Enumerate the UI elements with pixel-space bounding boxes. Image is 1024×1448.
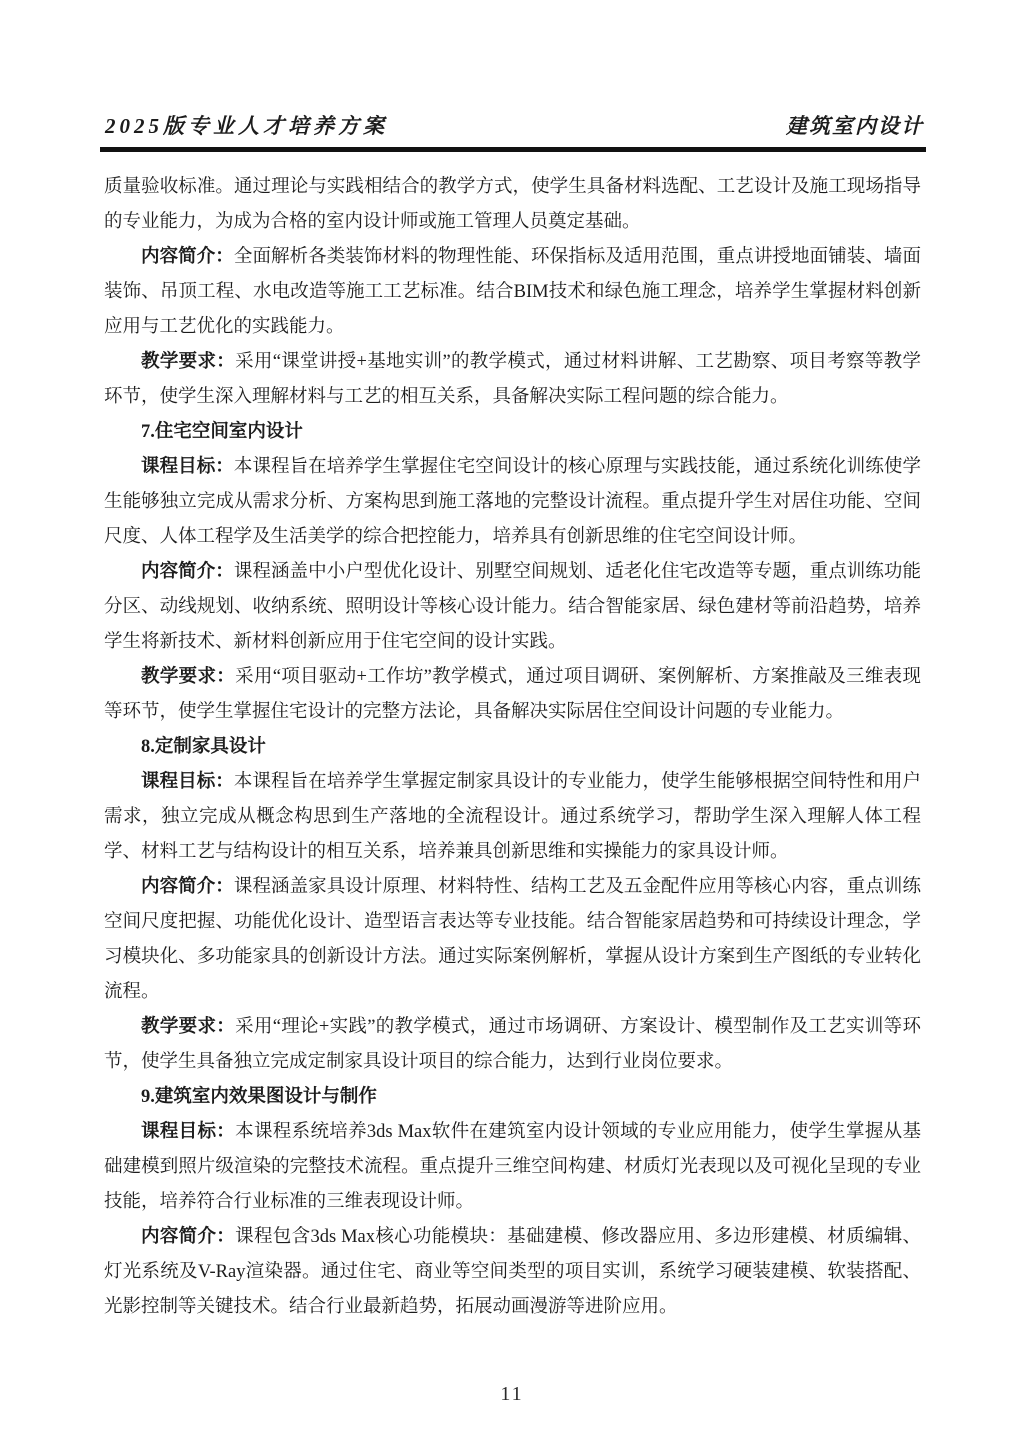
paragraph-label: 内容简介： xyxy=(141,562,234,582)
paragraph: 教学要求：采用“课堂讲授+基地实训”的教学模式，通过材料讲解、工艺勘察、项目考察… xyxy=(104,345,921,415)
section-heading: 8.定制家具设计 xyxy=(104,730,921,765)
paragraph-text: 质量验收标准。通过理论与实践相结合的教学方式，使学生具备材料选配、工艺设计及施工… xyxy=(104,177,921,232)
paragraph: 课程目标：本课程旨在培养学生掌握定制家具设计的专业能力，使学生能够根据空间特性和… xyxy=(104,765,921,870)
paragraph: 内容简介：课程包含3ds Max核心功能模块：基础建模、修改器应用、多边形建模、… xyxy=(104,1220,921,1325)
paragraph-label: 内容简介： xyxy=(141,1227,235,1247)
paragraph-label: 课程目标： xyxy=(141,772,234,792)
paragraph: 课程目标：本课程系统培养3ds Max软件在建筑室内设计领域的专业应用能力，使学… xyxy=(104,1115,921,1220)
section-heading: 9.建筑室内效果图设计与制作 xyxy=(104,1080,921,1115)
paragraph-label: 课程目标： xyxy=(141,1122,235,1142)
paragraph: 内容简介：课程涵盖中小户型优化设计、别墅空间规划、适老化住宅改造等专题，重点训练… xyxy=(104,555,921,660)
paragraph-label: 内容简介： xyxy=(141,877,234,897)
paragraph: 教学要求：采用“项目驱动+工作坊”教学模式，通过项目调研、案例解析、方案推敲及三… xyxy=(104,660,921,730)
paragraph: 质量验收标准。通过理论与实践相结合的教学方式，使学生具备材料选配、工艺设计及施工… xyxy=(104,170,921,240)
page-footer: 11 xyxy=(0,1383,1024,1406)
paragraph: 教学要求：采用“理论+实践”的教学模式，通过市场调研、方案设计、模型制作及工艺实… xyxy=(104,1010,921,1080)
header-right-title: 建筑室内设计 xyxy=(786,114,924,139)
paragraph-label: 课程目标： xyxy=(141,457,234,477)
paragraph-label: 教学要求： xyxy=(141,352,235,372)
paragraph: 内容简介：课程涵盖家具设计原理、材料特性、结构工艺及五金配件应用等核心内容，重点… xyxy=(104,870,921,1010)
document-body: 质量验收标准。通过理论与实践相结合的教学方式，使学生具备材料选配、工艺设计及施工… xyxy=(104,170,921,1325)
page-number: 11 xyxy=(500,1383,523,1405)
paragraph-label: 教学要求： xyxy=(141,1017,235,1037)
document-page: 2025版专业人才培养方案 建筑室内设计 质量验收标准。通过理论与实践相结合的教… xyxy=(0,0,1024,1448)
header-left-title: 2025版专业人才培养方案 xyxy=(105,114,388,139)
header-double-rule xyxy=(100,147,926,152)
paragraph-label: 内容简介： xyxy=(141,247,234,267)
paragraph: 课程目标：本课程旨在培养学生掌握住宅空间设计的核心原理与实践技能，通过系统化训练… xyxy=(104,450,921,555)
paragraph: 内容简介：全面解析各类装饰材料的物理性能、环保指标及适用范围，重点讲授地面铺装、… xyxy=(104,240,921,345)
page-header: 2025版专业人才培养方案 建筑室内设计 xyxy=(105,114,924,139)
paragraph-label: 教学要求： xyxy=(141,667,235,687)
section-heading: 7.住宅空间室内设计 xyxy=(104,415,921,450)
